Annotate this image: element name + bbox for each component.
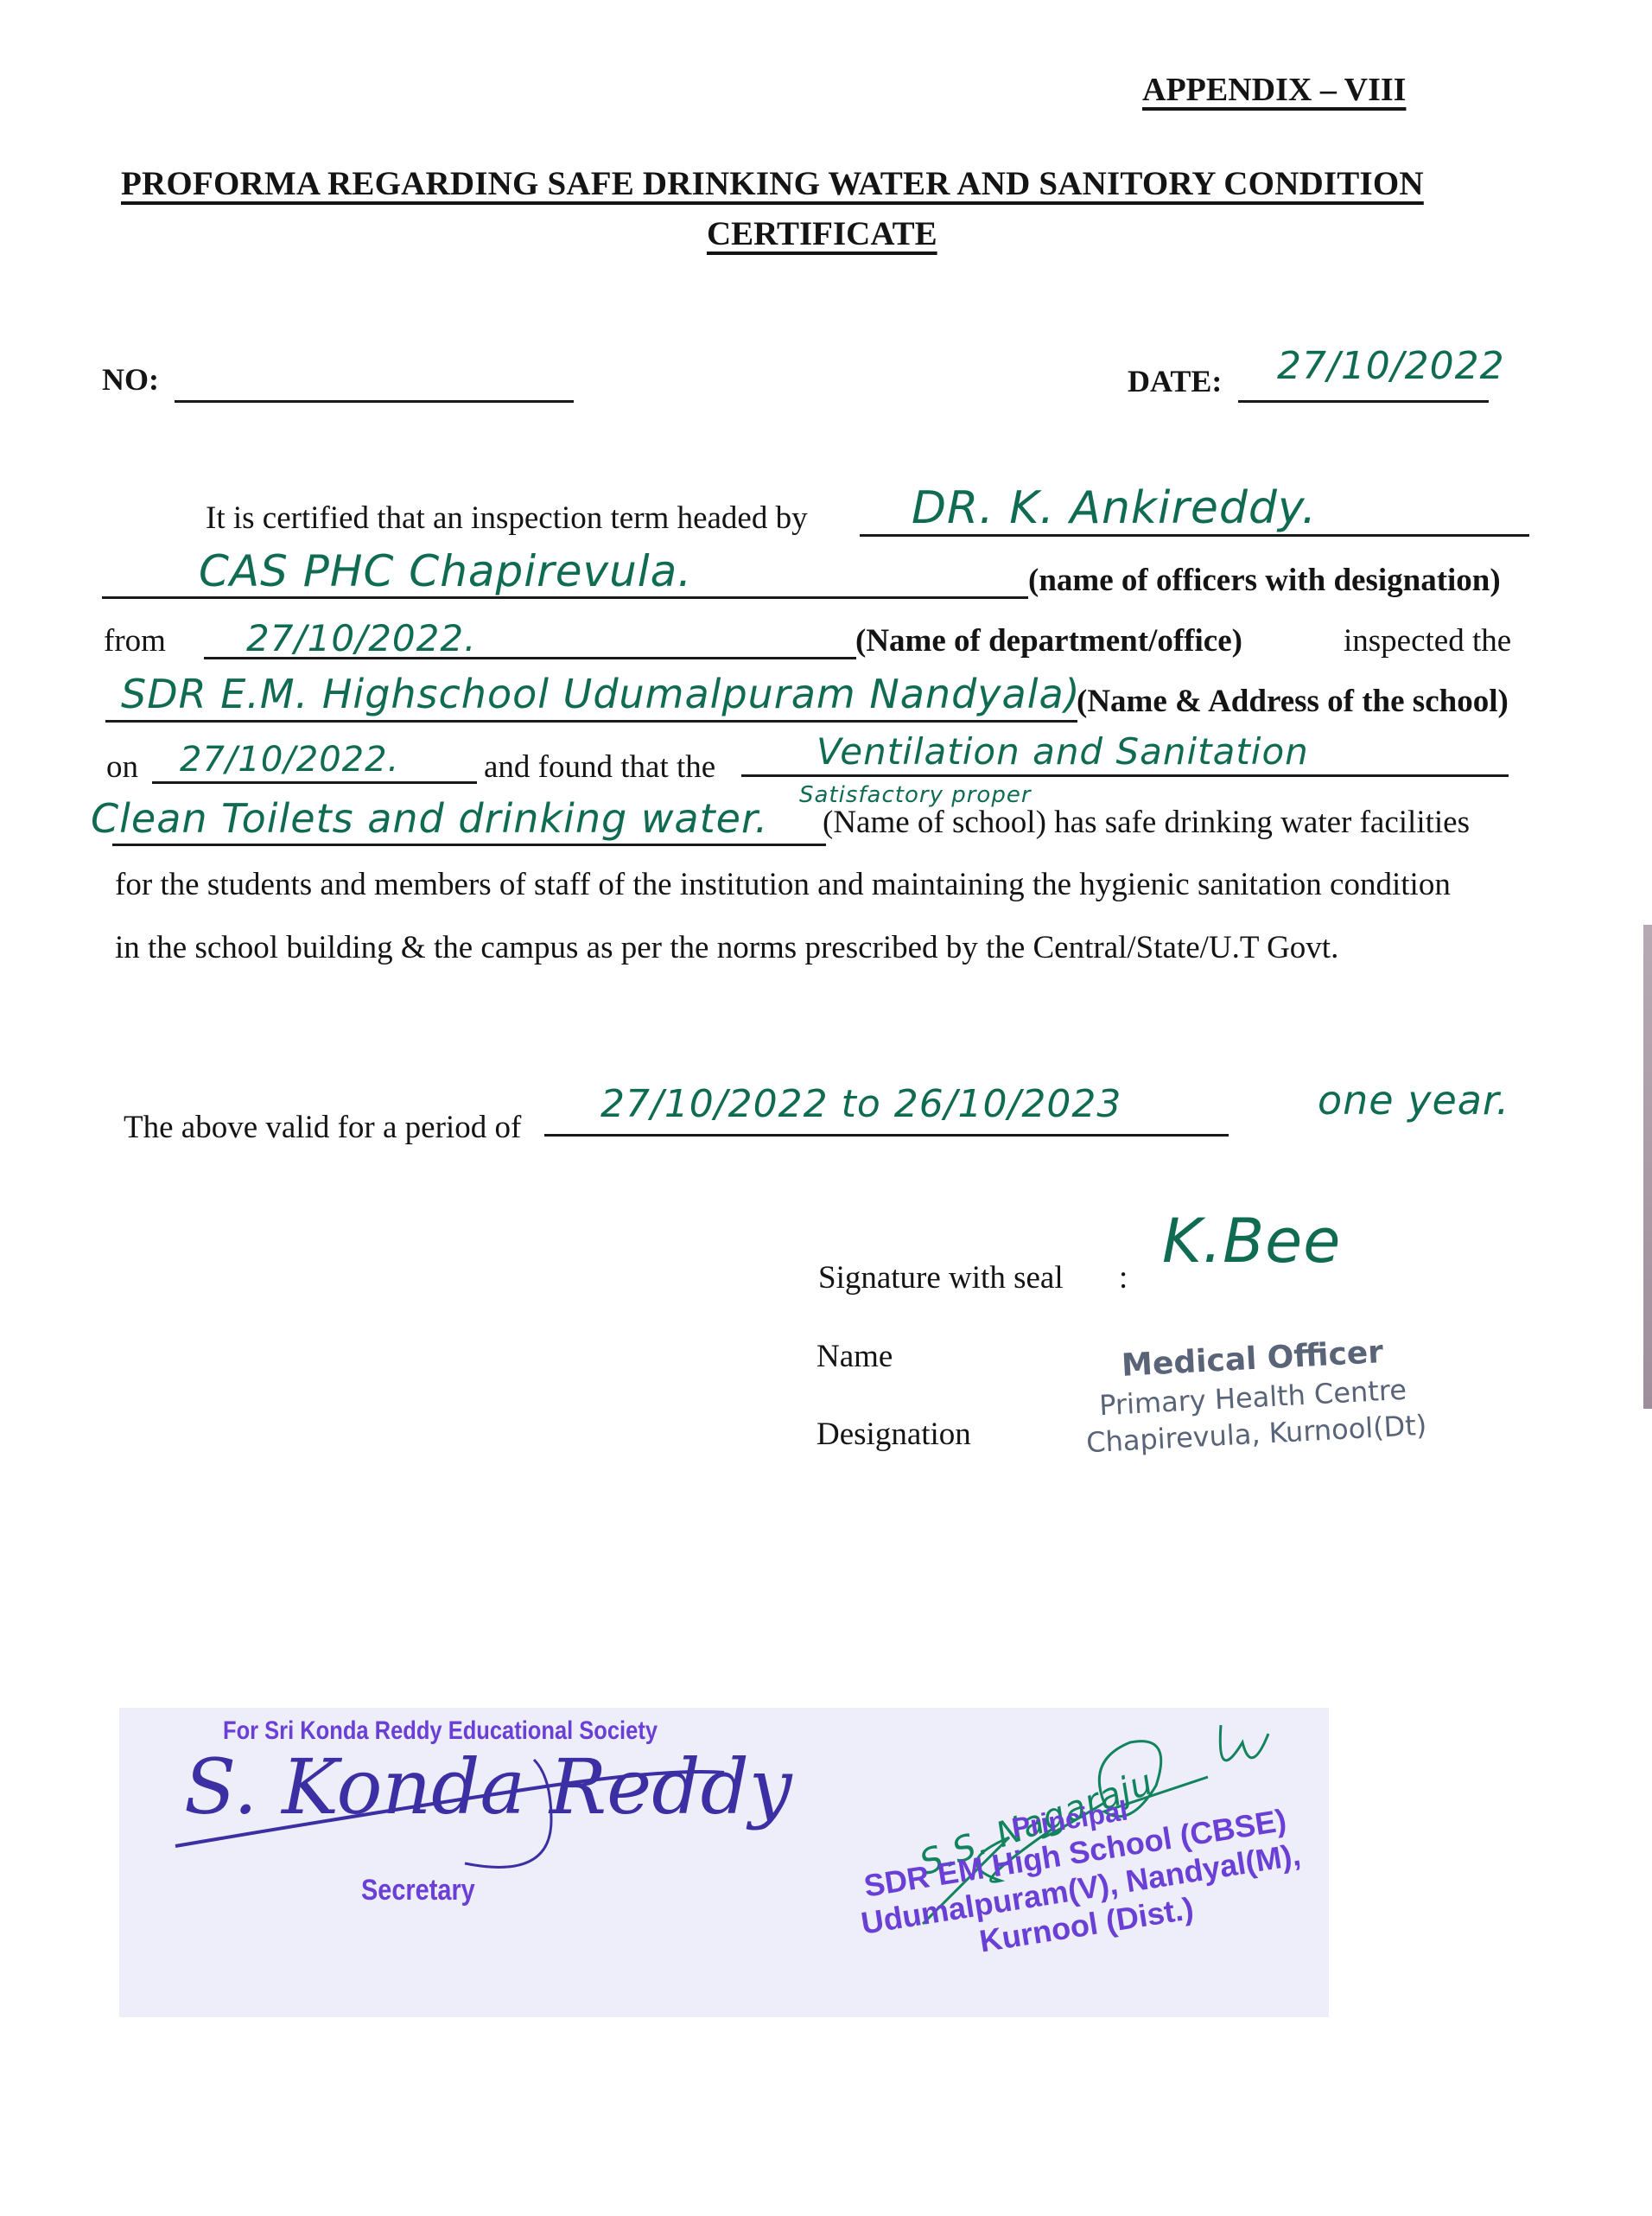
school-name-caption: (Name of school) has safe drinking water… [823,804,1470,841]
officer-designation-value[interactable]: CAS PHC Chapirevula. [199,546,692,596]
appendix-label: APPENDIX – VIII [1142,71,1406,109]
department-value[interactable]: 27/10/2022. [246,617,476,659]
on-date-value[interactable]: 27/10/2022. [180,740,399,780]
on-label: on [106,748,138,786]
medical-officer-signature: K.Bee [1162,1206,1341,1277]
validity-line [544,1134,1229,1137]
found-value-line2[interactable]: Clean Toilets and drinking water. [91,795,768,842]
body-line-3: for the students and members of staff of… [115,866,1451,903]
no-label: NO: [102,361,159,398]
inspected-the: inspected the [1344,622,1511,659]
signature-label: Signature with seal [818,1259,1064,1296]
school-name-line [112,844,826,846]
date-label: DATE: [1128,363,1222,399]
officer-caption: (name of officers with designation) [1028,562,1501,599]
found-value-line [741,774,1509,777]
school-value[interactable]: SDR E.M. Highschool Udumalpuram Nandyala… [121,671,1081,717]
department-caption: (Name of department/office) [855,622,1242,659]
secretary-title: Secretary [361,1874,475,1907]
found-value-line1[interactable]: Ventilation and Sanitation [816,730,1309,773]
found-that-label: and found that the [484,748,715,786]
validity-note[interactable]: one year. [1318,1077,1509,1124]
school-line [105,720,1077,723]
on-date-line [152,781,477,784]
validity-value[interactable]: 27/10/2022 to 26/10/2023 [600,1082,1121,1126]
name-label: Name [816,1338,893,1375]
scan-edge-artifact [1643,925,1652,1409]
officer-name-value[interactable]: DR. K. Ankireddy. [912,482,1317,534]
certify-intro: It is certified that an inspection term … [206,500,808,537]
date-field-value[interactable]: 27/10/2022 [1277,344,1505,388]
footer-stamp-panel: For Sri Konda Reddy Educational Society … [119,1708,1329,2017]
officer-name-line [860,534,1529,537]
designation-label: Designation [816,1416,971,1453]
signature-colon: : [1119,1259,1128,1296]
school-caption: (Name & Address of the school) [1077,683,1509,720]
document-subtitle: CERTIFICATE [707,214,937,253]
from-label: from [104,622,166,659]
validity-label: The above valid for a period of [124,1109,521,1146]
body-line-4: in the school building & the campus as p… [115,929,1338,966]
document-title: PROFORMA REGARDING SAFE DRINKING WATER A… [121,164,1424,203]
date-field-line [1238,400,1489,403]
no-field-line [175,400,574,403]
officer-designation-line [102,596,1028,599]
